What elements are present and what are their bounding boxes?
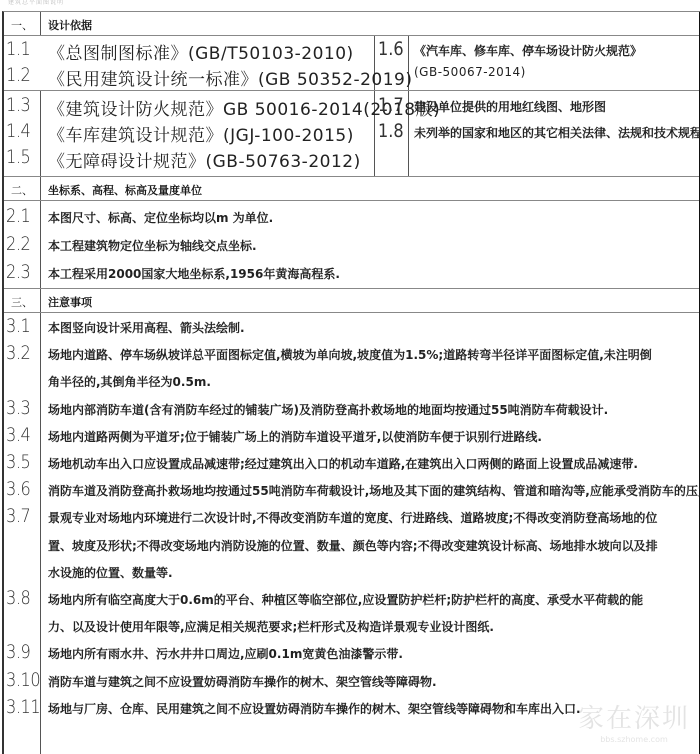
item-number: 1.3 — [6, 94, 30, 116]
list-item: 场地内所有雨水井、污水井井口周边,应刷0.1m宽黄色油漆警示带. — [48, 645, 403, 662]
list-item: 《民用建筑设计统一标准》(GB 50352-2019) — [48, 65, 412, 90]
list-item: 《无障碍设计规范》(GB-50763-2012) — [48, 147, 361, 172]
item-number: 3.3 — [6, 397, 30, 419]
item-number: 3.2 — [6, 342, 30, 364]
item-number: 3.9 — [6, 641, 30, 663]
list-item-continuation: 水设施的位置、数量等. — [48, 564, 173, 581]
list-item: 景观专业对场地内环境进行二次设计时,不得改变消防车道的宽度、行进路线、道路坡度;… — [48, 509, 657, 526]
list-item: 《汽车库、修车库、停车场设计防火规范》 — [414, 42, 642, 59]
section-title: 设计依据 — [48, 17, 92, 33]
section-1-block-a: 1.1 《总图制图标准》(GB/T50103-2010) 1.2 《民用建筑设计… — [4, 36, 699, 91]
section-index: 三、 — [4, 294, 40, 310]
list-item: 场地与厂房、仓库、民用建筑之间不应设置妨碍消防车操作的树木、架空管线等障碍物和车… — [48, 700, 581, 717]
item-number: 3.10 — [6, 669, 40, 691]
top-caption-strip: 建筑总平面图说明 — [0, 0, 700, 10]
item-number: 2.3 — [6, 261, 30, 283]
item-number: 2.2 — [6, 233, 30, 255]
item-number: 3.7 — [6, 505, 30, 527]
section-2-body: 2.1 本图尺寸、标高、定位坐标均以m 为单位. 2.2 本工程建筑物定位坐标为… — [4, 201, 699, 289]
section-title: 注意事项 — [48, 294, 92, 310]
item-number: 3.8 — [6, 587, 30, 609]
section-index: 一、 — [4, 17, 40, 33]
list-item: 建设单位提供的用地红线图、地形图 — [414, 98, 606, 115]
list-item: 本工程采用2000国家大地坐标系,1956年黄海高程系. — [48, 265, 340, 282]
section-1-block-b: 1.3 《建筑设计防火规范》GB 50016-2014(2018版) 1.4 《… — [4, 91, 699, 177]
list-item-continuation: (GB-50067-2014) — [414, 65, 526, 79]
item-number: 3.5 — [6, 451, 30, 473]
list-item: 场地内部消防车道(含有消防车经过的铺装广场)及消防登高扑救场地的地面均按通过55… — [48, 401, 608, 418]
item-number: 3.4 — [6, 424, 30, 446]
list-item: 本工程建筑物定位坐标为轴线交点坐标. — [48, 237, 257, 254]
section-title: 坐标系、高程、标高及量度单位 — [48, 182, 202, 198]
item-number: 1.5 — [6, 146, 30, 168]
list-item: 《总图制图标准》(GB/T50103-2010) — [48, 39, 354, 64]
section-3-body: 3.1本图竖向设计采用高程、箭头法绘制.3.2场地内道路、停车场纵坡详总平面图标… — [4, 313, 699, 754]
section-index: 二、 — [4, 182, 40, 198]
item-number: 1.7 — [378, 94, 404, 116]
watermark-brand: 家在深圳 — [578, 698, 690, 735]
item-number: 1.6 — [378, 38, 404, 60]
item-number: 1.8 — [378, 120, 404, 142]
item-number: 3.1 — [6, 315, 30, 337]
list-item-continuation: 力、以及设计使用年限等,应满足相关规范要求;栏杆形式及构造详景观专业设计图纸. — [48, 618, 494, 635]
item-number: 3.11 — [6, 696, 40, 718]
list-item: 消防车道与建筑之间不应设置妨碍消防车操作的树木、架空管线等障碍物. — [48, 673, 437, 690]
item-number: 3.6 — [6, 478, 30, 500]
list-item: 《车库建筑设计规范》(JGJ-100-2015) — [48, 121, 354, 146]
list-item: 消防车道及消防登高扑救场地均按通过55吨消防车荷载设计,场地及其下面的建筑结构、… — [48, 482, 700, 499]
list-item: 场地内所有临空高度大于0.6m的平台、种植区等临空部位,应设置防护栏杆;防护栏杆… — [48, 591, 643, 608]
list-item: 本图尺寸、标高、定位坐标均以m 为单位. — [48, 209, 273, 226]
list-item: 场地内道路两侧为平道牙;位于铺装广场上的消防车道设平道牙,以使消防车便于识别行进… — [48, 428, 542, 445]
section-header-2: 二、 坐标系、高程、标高及量度单位 — [4, 177, 699, 201]
item-number: 1.4 — [6, 120, 30, 142]
item-number: 1.1 — [6, 38, 30, 60]
item-number: 2.1 — [6, 205, 30, 227]
list-item: 未列举的国家和地区的其它相关法律、法规和技术规程 — [414, 124, 700, 141]
watermark: 家在深圳 bbs.szhome.com — [578, 698, 690, 744]
watermark-site: bbs.szhome.com — [578, 735, 690, 744]
list-item-continuation: 角半径的,其倒角半径为0.5m. — [48, 373, 211, 390]
list-item: 场地内道路、停车场纵坡详总平面图标定值,横坡为单向坡,坡度值为1.5%;道路转弯… — [48, 346, 652, 363]
list-item-continuation: 置、坡度及形状;不得改变场地内消防设施的位置、数量、颜色等内容;不得改变建筑设计… — [48, 537, 658, 554]
section-header-1: 一、 设计依据 — [4, 12, 699, 36]
design-notes-table: 一、 设计依据 1.1 《总图制图标准》(GB/T50103-2010) 1.2… — [2, 11, 700, 754]
list-item: 本图竖向设计采用高程、箭头法绘制. — [48, 319, 245, 336]
top-caption: 建筑总平面图说明 — [8, 0, 64, 6]
list-item: 场地机动车出入口应设置成品减速带;经过建筑出入口的机动车道路,在建筑出入口两侧的… — [48, 455, 638, 472]
section-header-3: 三、 注意事项 — [4, 289, 699, 313]
item-number: 1.2 — [6, 64, 30, 86]
